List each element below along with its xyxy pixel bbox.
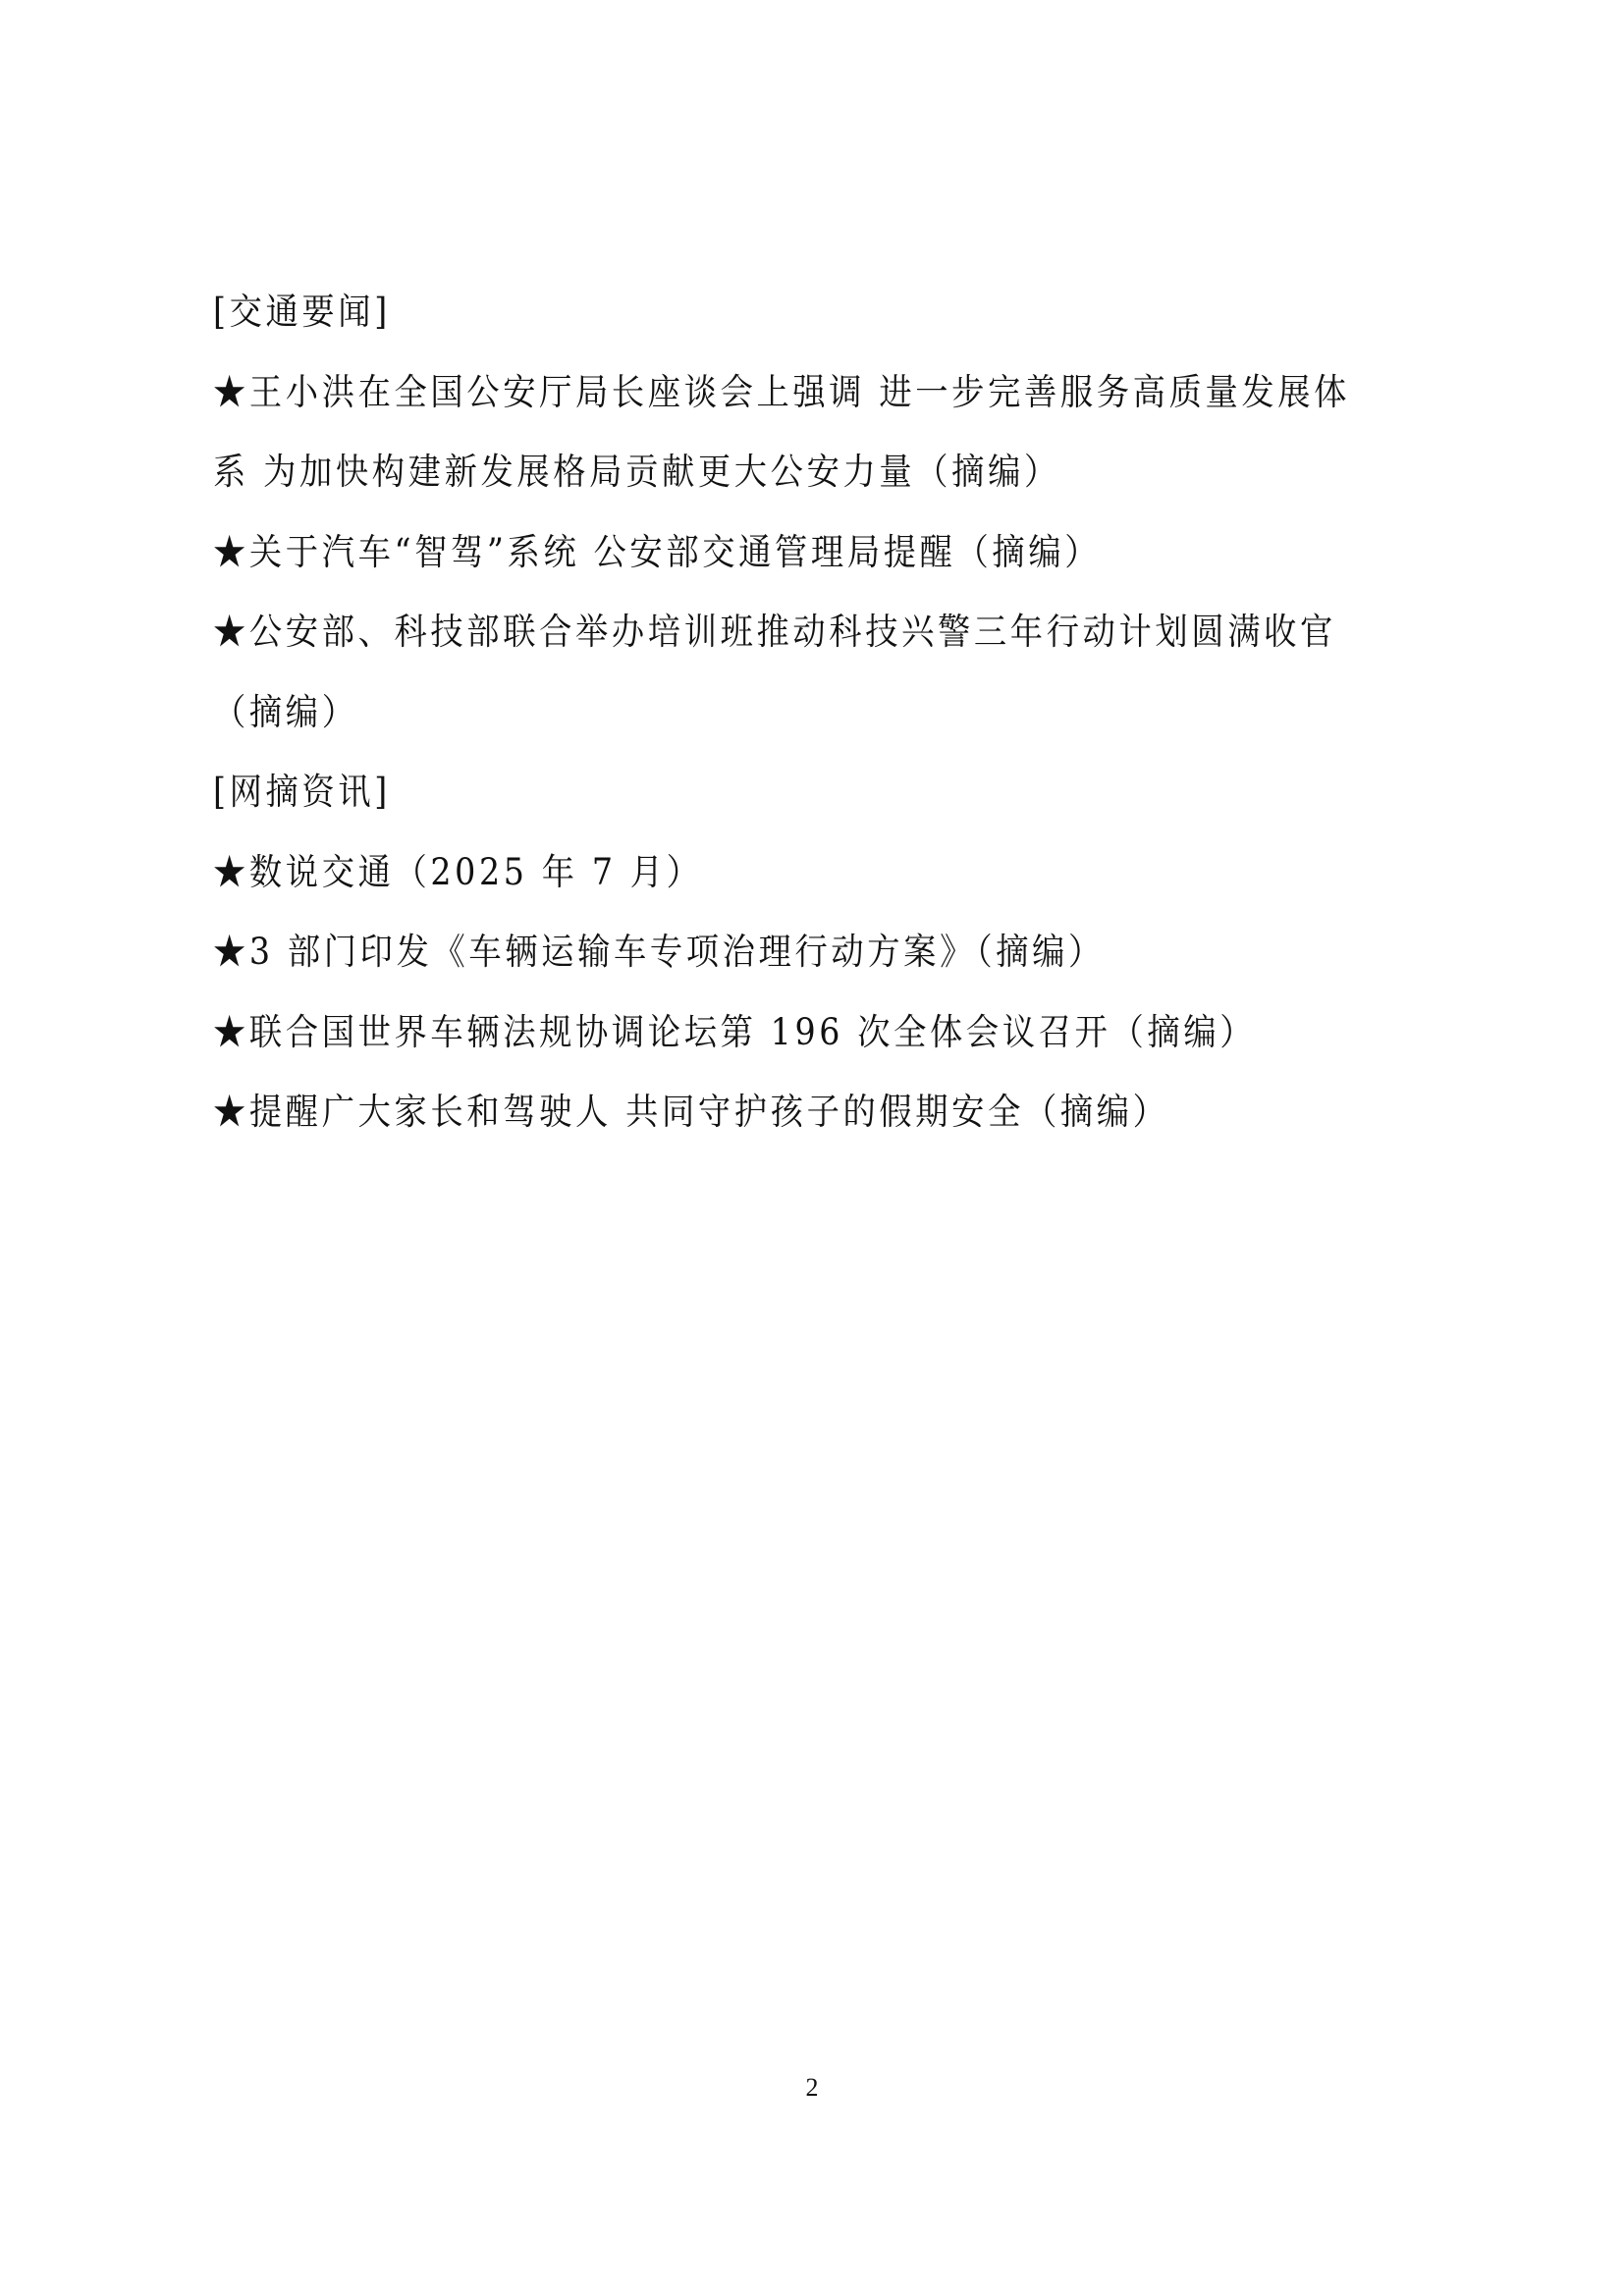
section-heading-traffic-news: [交通要闻] [213, 291, 391, 334]
toc-item: ★王小洪在全国公安厅局长座谈会上强调 进一步完善服务高质量发展体 [213, 371, 1350, 414]
toc-item: ★联合国世界车辆法规协调论坛第 196 次全体会议召开（摘编） [213, 1011, 1256, 1054]
page-number: 2 [0, 2073, 1624, 2103]
toc-item: ★公安部、科技部联合举办培训班推动科技兴警三年行动计划圆满收官 [213, 611, 1336, 654]
toc-item-continued: 系 为加快构建新发展格局贡献更大公安力量（摘编） [213, 451, 1060, 494]
toc-item: ★3 部门印发《车辆运输车专项治理行动方案》（摘编） [213, 931, 1105, 974]
toc-item: ★关于汽车“智驾”系统 公安部交通管理局提醒（摘编） [213, 531, 1101, 574]
section-heading-web-digest: [网摘资讯] [213, 771, 391, 814]
toc-item: ★数说交通（2025 年 7 月） [213, 851, 703, 894]
toc-item-continued: （摘编） [213, 691, 358, 734]
toc-item: ★提醒广大家长和驾驶人 共同守护孩子的假期安全（摘编） [213, 1091, 1169, 1134]
